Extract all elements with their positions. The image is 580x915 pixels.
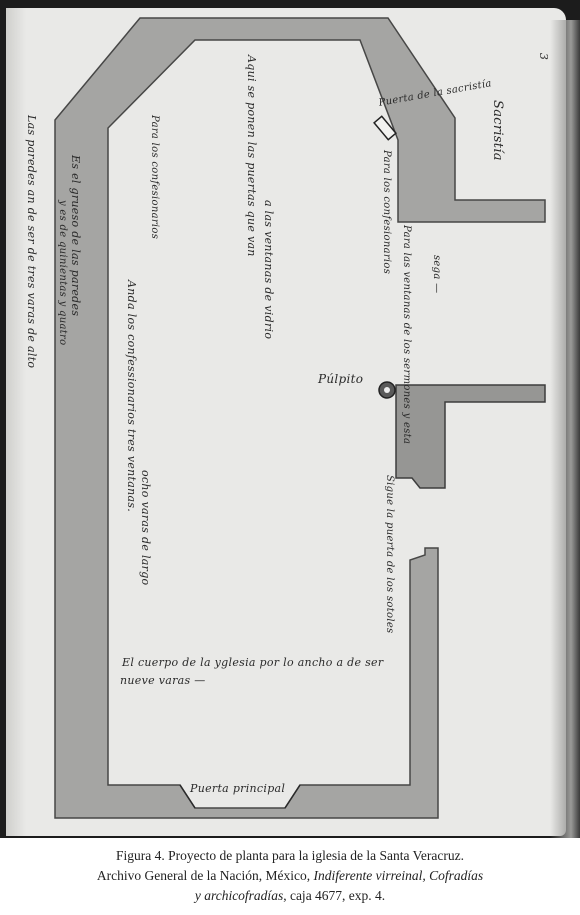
caption-line-2: Archivo General de la Nación, México, In… — [0, 866, 580, 886]
wall-note-2: y es de quinientas y quatro — [57, 200, 68, 345]
label-puerta-principal: Puerta principal — [190, 782, 285, 795]
label-sacristia: Sacristía — [490, 100, 505, 161]
left-margin-note: Las paredes an de ser de tres varas de a… — [25, 115, 38, 368]
windows-note-2: a las ventanas de vidrio — [262, 200, 275, 339]
pulpit-note: Para las ventanas de los sermones y esta — [401, 225, 412, 444]
bottom-note-line2: nueve varas — — [120, 674, 206, 687]
caption-line-1: Figura 4. Proyecto de planta para la igl… — [0, 846, 580, 866]
figure-caption: Figura 4. Proyecto de planta para la igl… — [0, 846, 580, 906]
nave-note: Anda los confessionarios tres ventanas. — [125, 280, 138, 512]
folio-number: 3 — [537, 53, 550, 60]
pulpit-note-3: sega — — [431, 255, 442, 293]
caption-line-3: y archicofradías, caja 4677, exp. 4. — [0, 886, 580, 906]
side-door-note: Sigue la puerta de los sotoles — [384, 475, 395, 634]
pulpit-wall — [396, 385, 545, 488]
manuscript-scan: Puerta de la sacristía Sacristía Púlpito… — [0, 0, 580, 838]
label-confesionario-left: Para los confesionarios — [149, 115, 160, 239]
nave-bottom-note: ocho varas de largo — [139, 470, 152, 585]
wall-note-1: Es el grueso de las paredes — [69, 155, 82, 316]
label-pulpito: Púlpito — [318, 372, 363, 386]
label-confesionario-right: Para los confesionarios — [381, 150, 392, 274]
windows-note-1: Aqui se ponen las puertas que van — [245, 55, 258, 257]
bottom-note-line1: El cuerpo de la yglesia por lo ancho a d… — [122, 656, 383, 669]
